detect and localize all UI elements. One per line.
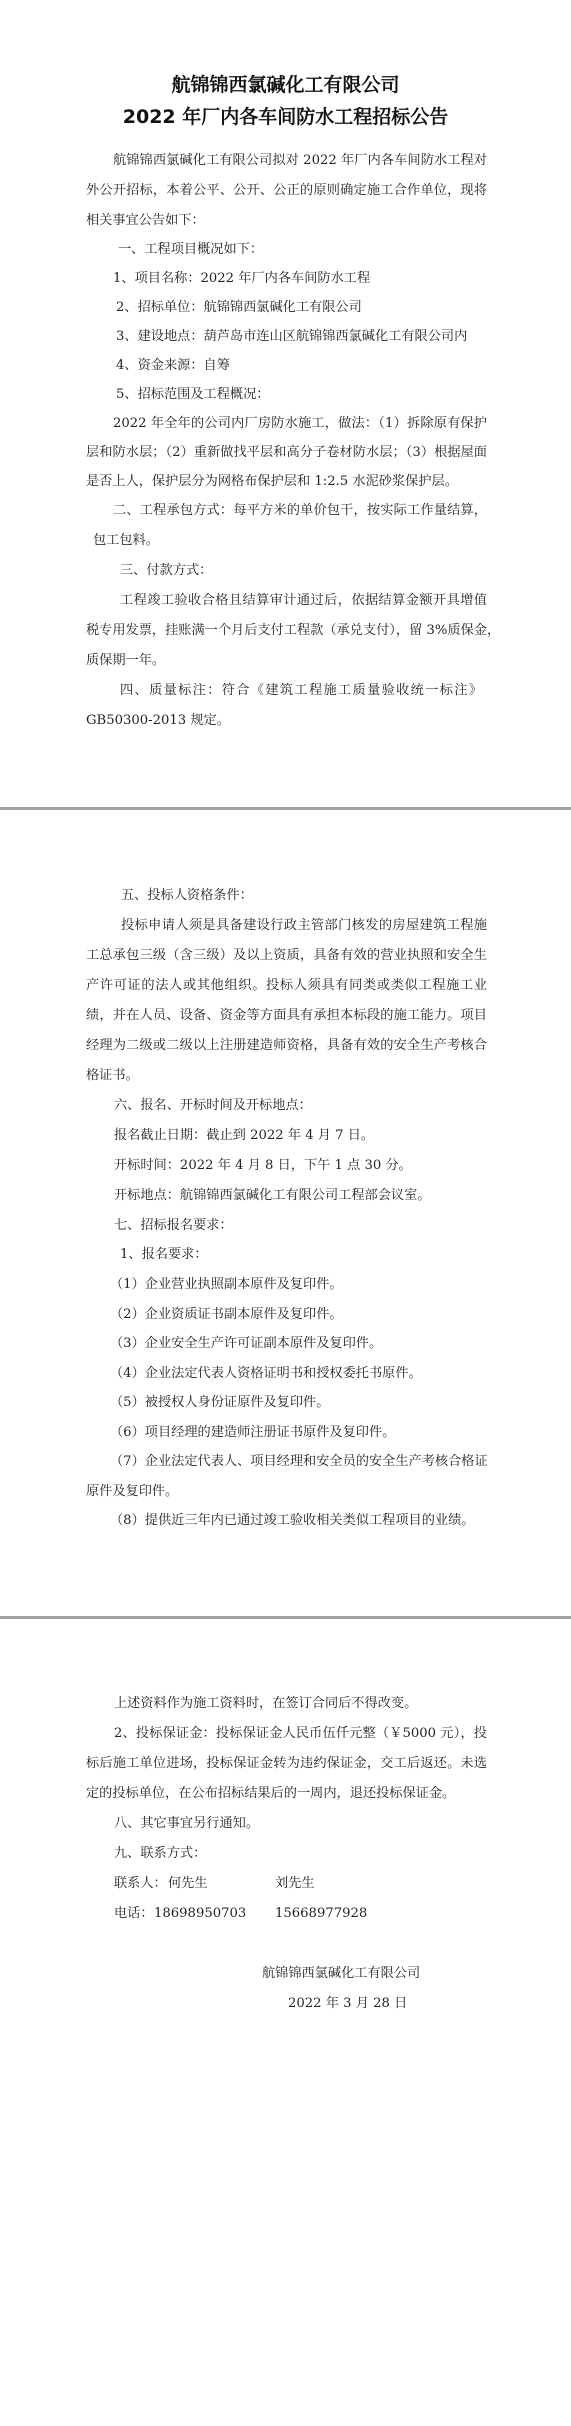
contact-phone: 15668977928 xyxy=(275,1905,367,1923)
project-item: 4、资金来源：自筹 xyxy=(116,357,230,375)
contact-phone: 18698950703 xyxy=(154,1905,246,1923)
subsection-heading: 1、报名要求： xyxy=(120,1246,208,1264)
bid-opening-time: 开标时间：2022 年 4 月 8 日，下午 1 点 30 分。 xyxy=(114,1157,412,1175)
intro-line: 航锦锦西氯碱化工有限公司拟对 2022 年厂内各车间防水工程对 xyxy=(113,152,487,170)
requirement-item: （6）项目经理的建造师注册证书原件及复印件。 xyxy=(110,1424,395,1442)
page-1: 航锦锦西氯碱化工有限公司 2022 年厂内各车间防水工程招标公告 航锦锦西氯碱化… xyxy=(0,0,571,807)
qualification-line: 产许可证的法人或其他组织。投标人须具有同类或类似工程施工业 xyxy=(86,977,487,995)
contact-name: 何先生 xyxy=(168,1875,208,1893)
requirement-item: （7）企业法定代表人、项目经理和安全员的安全生产考核合格证 xyxy=(110,1453,487,1471)
qualification-line: 经理为二级或二级以上注册建造师资格，具备有效的安全生产考核合 xyxy=(86,1037,487,1055)
bid-opening-place: 开标地点：航锦锦西氯碱化工有限公司工程部会议室。 xyxy=(114,1187,431,1205)
section-text: 包工包料。 xyxy=(93,532,159,550)
phone-label: 电话： xyxy=(114,1905,154,1923)
page-2: 五、投标人资格条件： 投标申请人须是具备建设行政主管部门核发的房屋建筑工程施 工… xyxy=(0,810,571,1616)
section-text: GB50300-2013 规定。 xyxy=(86,712,230,730)
signature-date: 2022 年 3 月 28 日 xyxy=(288,1995,407,2013)
requirement-item: （2）企业资质证书副本原件及复印件。 xyxy=(110,1306,343,1324)
intro-line: 相关事宜公告如下： xyxy=(86,212,205,230)
materials-note: 上述资料作为施工资料时，在签订合同后不得改变。 xyxy=(114,1695,417,1713)
payment-line: 税专用发票，挂账满一个月后支付工程款（承兑支付），留 3%质保金， xyxy=(86,622,487,640)
project-item: 2、招标单位：航锦锦西氯碱化工有限公司 xyxy=(116,299,362,317)
contact-label: 联系人： xyxy=(114,1875,167,1893)
requirement-item: （4）企业法定代表人资格证明书和授权委托书原件。 xyxy=(110,1365,422,1383)
scope-line: 2022 年全年的公司内厂房防水施工，做法：（1）拆除原有保护 xyxy=(113,415,487,433)
requirement-item: （8）提供近三年内已通过竣工验收相关类似工程项目的业绩。 xyxy=(110,1512,474,1530)
deposit-line: 定的投标单位，在公布招标结果后的一周内，退还投标保证金。 xyxy=(86,1785,455,1803)
deposit-line: 2、投标保证金：投标保证金人民币伍仟元整（￥5000 元），投 xyxy=(114,1725,487,1743)
deposit-line: 标后施工单位进场，投标保证金转为违约保证金，交工后返还。未选 xyxy=(86,1755,487,1773)
page-3: 上述资料作为施工资料时，在签订合同后不得改变。 2、投标保证金：投标保证金人民币… xyxy=(0,1619,571,2426)
section-heading: 三、付款方式： xyxy=(120,562,212,580)
requirement-item: （3）企业安全生产许可证副本原件及复印件。 xyxy=(110,1335,382,1353)
project-item: 3、建设地点：葫芦岛市连山区航锦锦西氯碱化工有限公司内 xyxy=(116,328,467,346)
scope-line: 层和防水层；（2）重新做找平层和高分子卷材防水层；（3）根据屋面 xyxy=(86,444,487,462)
document-title-subject: 2022 年厂内各车间防水工程招标公告 xyxy=(0,106,571,128)
qualification-line: 工总承包三级（含三级）及以上资质，具备有效的营业执照和安全生 xyxy=(86,947,487,965)
qualification-line: 投标申请人须是具备建设行政主管部门核发的房屋建筑工程施 xyxy=(121,917,487,935)
section-heading: 九、联系方式： xyxy=(114,1845,206,1863)
qualification-line: 格证书。 xyxy=(86,1067,139,1085)
section-heading: 二、工程承包方式：每平方米的单价包干，按实际工作量结算， xyxy=(113,502,487,520)
section-heading: 七、招标报名要求： xyxy=(114,1217,233,1235)
document-title-company: 航锦锦西氯碱化工有限公司 xyxy=(0,74,571,96)
intro-line: 外公开招标，本着公平、公开、公正的原则确定施工合作单位，现将 xyxy=(86,182,487,200)
contact-name: 刘先生 xyxy=(275,1875,315,1893)
payment-line: 质保期一年。 xyxy=(86,652,165,670)
requirement-item: 原件及复印件。 xyxy=(86,1483,178,1501)
requirement-item: （1）企业营业执照副本原件及复印件。 xyxy=(110,1276,343,1294)
section-heading: 四、质量标注：符合《建筑工程施工质量验收统一标注》 xyxy=(120,682,482,700)
scope-line: 是否上人，保护层分为网格布保护层和 1:2.5 水泥砂浆保护层。 xyxy=(86,473,458,491)
registration-deadline: 报名截止日期：截止到 2022 年 4 月 7 日。 xyxy=(114,1127,374,1145)
signature-company: 航锦锦西氯碱化工有限公司 xyxy=(262,1965,420,1983)
project-item: 5、招标范围及工程概况： xyxy=(116,386,269,404)
section-heading: 八、其它事宜另行通知。 xyxy=(114,1815,259,1833)
project-item: 1、项目名称：2022 年厂内各车间防水工程 xyxy=(113,270,370,288)
requirement-item: （5）被授权人身份证原件及复印件。 xyxy=(110,1394,329,1412)
section-heading: 六、报名、开标时间及开标地点： xyxy=(114,1097,312,1115)
payment-line: 工程竣工验收合格且结算审计通过后，依据结算金额开具增值 xyxy=(120,592,487,610)
section-heading: 五、投标人资格条件： xyxy=(121,887,253,905)
qualification-line: 绩，并在人员、设备、资金等方面具有承担本标段的施工能力。项目 xyxy=(86,1007,487,1025)
section-heading: 一、工程项目概况如下： xyxy=(118,241,263,259)
